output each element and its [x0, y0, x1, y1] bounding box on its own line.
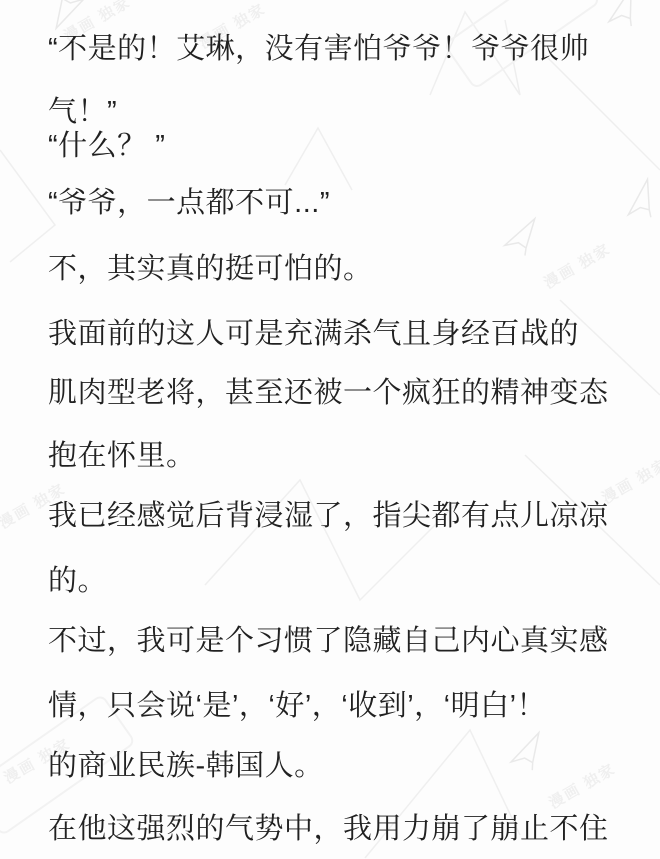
text-line: 不过，我可是个习惯了隐藏自己内心真实感	[48, 625, 609, 658]
text-line: “爷爷，一点都不可...”	[48, 187, 330, 220]
text-line: 抱在怀里。	[48, 440, 196, 473]
text-line: 我面前的这人可是充满杀气且身经百战的	[48, 318, 579, 351]
novel-page: 漫画 独家 漫画 独家 漫画 独家 漫画 独家 漫画 独家 漫画 独家 漫画 独…	[0, 0, 660, 859]
text-line: 的。	[48, 565, 107, 598]
text-line: 肌肉型老将，甚至还被一个疯狂的精神变态	[48, 377, 609, 410]
text-line: “什么？ ”	[48, 130, 165, 163]
text-line: “不是的！艾琳，没有害怕爷爷！爷爷很帅	[48, 33, 589, 66]
text-line: 的商业民族-韩国人。	[48, 750, 324, 783]
text-line: 在他这强烈的气势中，我用力崩了崩止不住	[48, 813, 609, 846]
text-line: 不，其实真的挺可怕的。	[48, 253, 373, 286]
text-line: 气！”	[48, 96, 117, 129]
text-line: 我已经感觉后背浸湿了，指尖都有点儿凉凉	[48, 500, 609, 533]
text-content: “不是的！艾琳，没有害怕爷爷！爷爷很帅气！”“什么？ ”“爷爷，一点都不可...…	[0, 0, 660, 859]
text-line: 情，只会说‘是’，‘好’，‘收到’，‘明白’！	[48, 690, 546, 723]
